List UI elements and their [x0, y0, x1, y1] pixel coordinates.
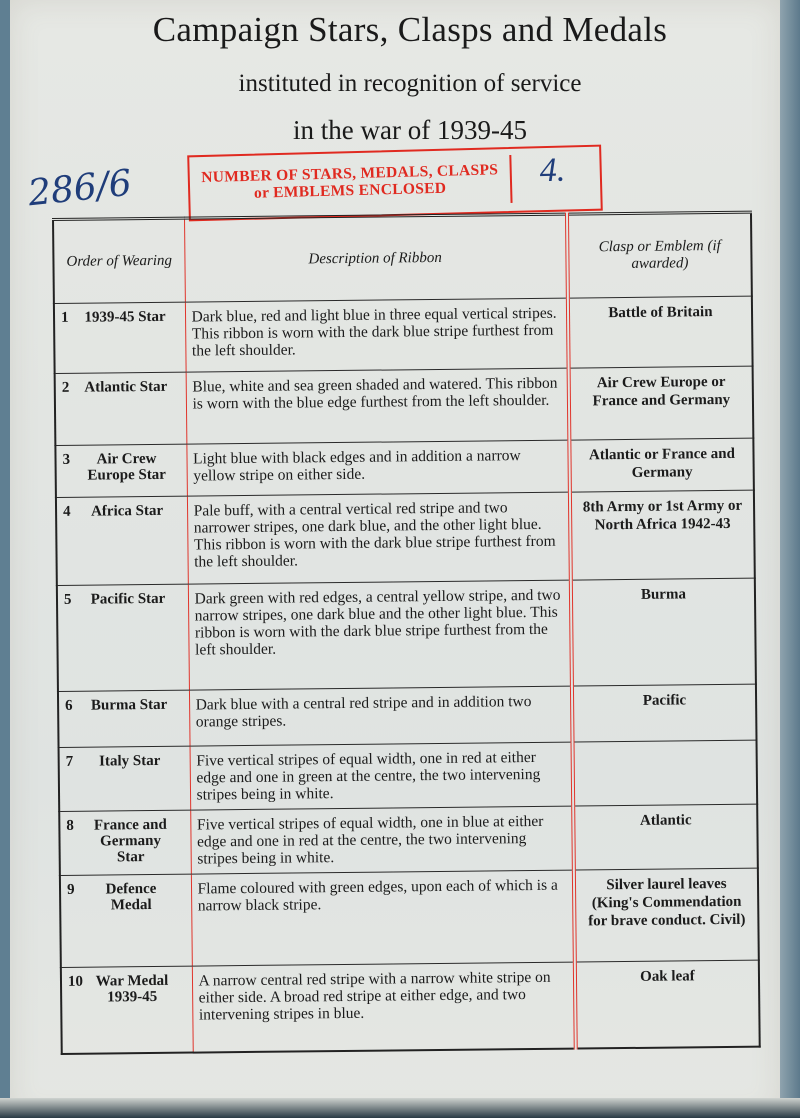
column-header-order: Order of Wearing	[53, 218, 185, 303]
order-cell: 9Defence Medal	[60, 874, 192, 967]
clasp-emblem: Silver laurel leaves (King's Commendatio…	[574, 868, 759, 962]
order-number: 7	[66, 754, 88, 770]
clasp-emblem: Oak leaf	[575, 960, 760, 1048]
column-header-description: Description of Ribbon	[184, 214, 568, 302]
scan-edge-right	[780, 0, 800, 1118]
handwritten-reference: 286/6	[26, 163, 133, 215]
medal-name: Defence Medal	[89, 881, 173, 914]
order-cell: 8France and Germany Star	[59, 810, 191, 875]
medal-name: Italy Star	[88, 753, 172, 770]
column-header-clasp: Clasp or Emblem (if awarded)	[567, 212, 752, 298]
medal-name: War Medal 1939-45	[90, 973, 174, 1006]
table-row: 8France and Germany StarFive vertical st…	[59, 804, 758, 875]
order-number: 6	[65, 698, 87, 714]
order-number: 1	[61, 310, 83, 326]
clasp-emblem: Burma	[571, 578, 756, 686]
order-number: 9	[67, 882, 89, 898]
clasp-emblem: Air Crew Europe or France and Germany	[568, 366, 753, 440]
clasp-emblem: 8th Army or 1st Army or North Africa 194…	[570, 490, 755, 580]
order-cell: 6Burma Star	[58, 690, 190, 747]
document-subtitle-1: instituted in recognition of service	[10, 70, 800, 98]
clasp-emblem: Battle of Britain	[568, 296, 753, 368]
order-number: 10	[68, 974, 90, 990]
handwritten-enclosed-count: 4.	[539, 152, 565, 191]
order-cell: 5Pacific Star	[57, 584, 189, 691]
medal-name: 1939-45 Star	[83, 309, 167, 326]
medal-name: Africa Star	[85, 503, 169, 520]
table-header-row: Order of Wearing Description of Ribbon C…	[53, 212, 752, 303]
ribbon-description: Five vertical stripes of equal width, on…	[190, 806, 573, 874]
medal-name: Air Crew Europe Star	[84, 451, 168, 484]
scan-edge-bottom	[0, 1098, 800, 1118]
document-title: Campaign Stars, Clasps and Medals	[10, 10, 800, 50]
order-cell: 7Italy Star	[59, 746, 191, 811]
table-row: 11939-45 StarDark blue, red and light bl…	[54, 296, 753, 373]
medal-name: Burma Star	[87, 697, 171, 714]
table-row: 6Burma StarDark blue with a central red …	[58, 684, 757, 747]
medals-table: Order of Wearing Description of Ribbon C…	[52, 211, 761, 1055]
order-cell: 2Atlantic Star	[55, 372, 187, 445]
order-cell: 3Air Crew Europe Star	[55, 444, 187, 497]
order-number: 4	[63, 504, 85, 520]
ribbon-description: Flame coloured with green edges, upon ea…	[191, 870, 575, 966]
ribbon-description: Light blue with black edges and in addit…	[186, 440, 569, 496]
ribbon-description: Blue, white and sea green shaded and wat…	[186, 368, 570, 444]
table-row: 3Air Crew Europe StarLight blue with bla…	[55, 438, 754, 497]
order-number: 2	[62, 380, 84, 396]
clasp-emblem: Atlantic	[573, 804, 758, 870]
order-cell: 4Africa Star	[56, 496, 188, 585]
table-row: 5Pacific StarDark green with red edges, …	[57, 578, 756, 691]
order-cell: 10War Medal 1939-45	[61, 966, 193, 1053]
table-row: 7Italy StarFive vertical stripes of equa…	[59, 740, 758, 811]
clasp-emblem: Atlantic or France and Germany	[569, 438, 754, 492]
ribbon-description: Five vertical stripes of equal width, on…	[190, 742, 573, 810]
enclosed-count-label: NUMBER OF STARS, MEDALS, CLASPS or EMBLE…	[200, 161, 501, 203]
table-row: 10War Medal 1939-45A narrow central red …	[61, 960, 760, 1053]
table-row: 4Africa StarPale buff, with a central ve…	[56, 490, 755, 585]
ribbon-description: Pale buff, with a central vertical red s…	[187, 492, 571, 584]
document-subtitle-2: in the war of 1939-45	[10, 115, 800, 146]
medal-name: France and Germany Star	[88, 817, 172, 866]
table-row: 9Defence MedalFlame coloured with green …	[60, 868, 759, 967]
order-number: 8	[66, 818, 88, 834]
order-number: 3	[62, 452, 84, 468]
medal-name: Pacific Star	[86, 591, 170, 608]
ribbon-description: Dark blue, red and light blue in three e…	[185, 298, 568, 372]
ribbon-description: Dark blue with a central red stripe and …	[189, 686, 572, 746]
clasp-emblem	[572, 740, 757, 806]
order-cell: 11939-45 Star	[54, 302, 186, 373]
ribbon-description: Dark green with red edges, a central yel…	[188, 580, 572, 690]
ribbon-description: A narrow central red stripe with a narro…	[192, 962, 576, 1052]
medal-name: Atlantic Star	[84, 379, 168, 396]
enclosed-box-divider	[509, 155, 512, 203]
enclosed-count-box: NUMBER OF STARS, MEDALS, CLASPS or EMBLE…	[187, 145, 603, 222]
order-number: 5	[64, 592, 86, 608]
table-row: 2Atlantic StarBlue, white and sea green …	[55, 366, 754, 445]
clasp-emblem: Pacific	[572, 684, 757, 742]
